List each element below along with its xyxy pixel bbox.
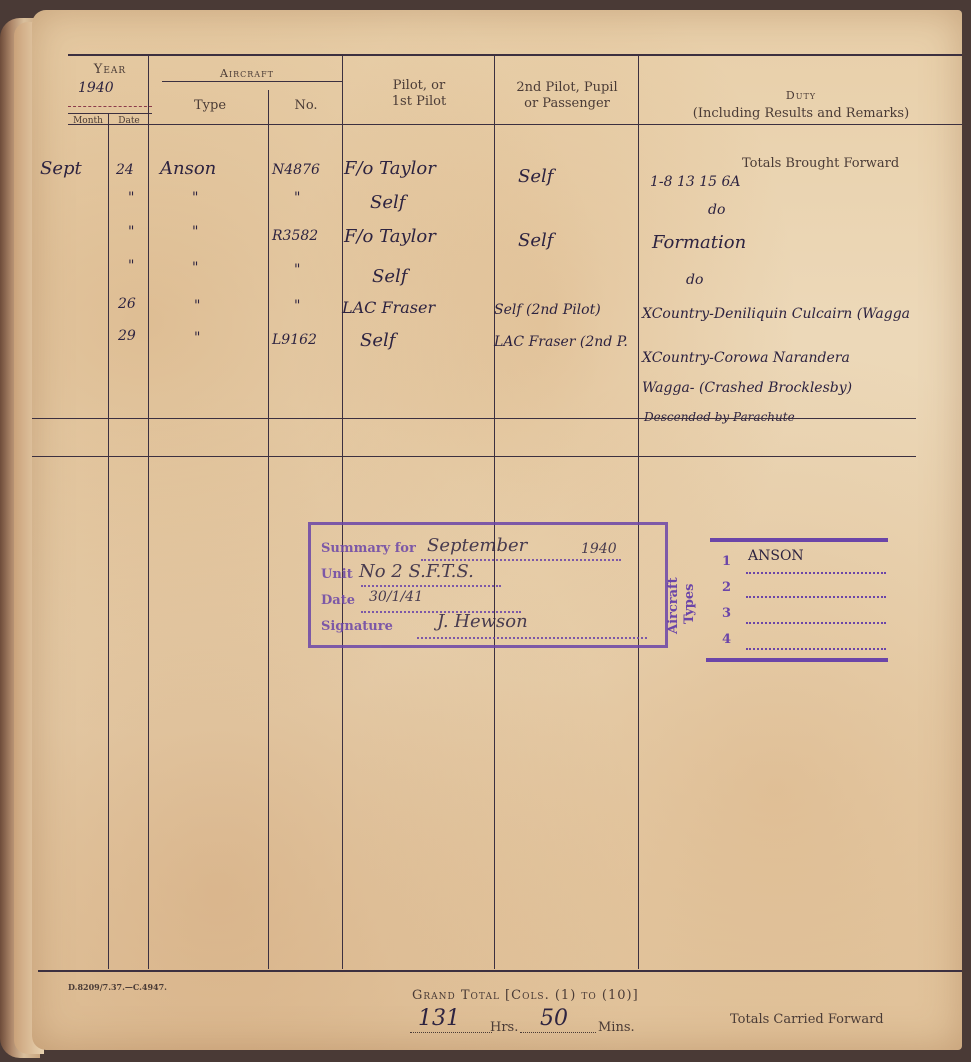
- type-row-line: [746, 622, 886, 624]
- grand-total-hours: 131: [418, 1006, 460, 1031]
- entry-date: 24: [116, 162, 134, 178]
- stamp-top-bar: [710, 538, 888, 542]
- entry-no: L9162: [272, 332, 317, 348]
- entry-duty: XCountry-Corowa Narandera: [642, 350, 850, 366]
- entries-second-rule: [32, 456, 916, 457]
- entry-second: LAC Fraser (2nd P.: [494, 334, 628, 350]
- summary-month: September: [427, 535, 527, 556]
- entries-end-rule: [32, 418, 916, 419]
- entry-pilot: Self: [372, 266, 407, 287]
- date-label: Date: [321, 593, 355, 608]
- logbook-page: Year 1940 Month Date Aircraft Type No. P…: [32, 10, 962, 1050]
- entry-no: R3582: [272, 228, 318, 244]
- entry-pilot: LAC Fraser: [342, 298, 435, 317]
- entry-pilot: F/o Taylor: [344, 158, 436, 179]
- header-bottom-rule: [68, 124, 962, 125]
- type-row-line: [746, 648, 886, 650]
- col-line-second: [638, 54, 639, 969]
- type-row-num: 4: [722, 632, 731, 647]
- entry-month: Sept: [40, 158, 82, 179]
- type-row-line: [746, 572, 886, 574]
- entry-second: Self: [518, 166, 553, 187]
- entry-type: ": [194, 330, 200, 346]
- signature-label: Signature: [321, 619, 393, 634]
- year-dash-rule: [68, 106, 152, 108]
- type-row-num: 2: [722, 580, 731, 595]
- summary-stamp: Summary for September 1940 Unit No 2 S.F…: [308, 522, 668, 648]
- col-line-no: [342, 54, 343, 969]
- type-row-num: 3: [722, 606, 731, 621]
- aircraft-types-stamp: Aircraft Types 1 ANSON 2 3 4: [662, 530, 902, 670]
- hours-label: Hrs.: [490, 1020, 518, 1035]
- entry-duty: XCountry-Deniliquin Culcairn (Wagga: [642, 306, 910, 322]
- entry-duty: Wagga- (Crashed Brocklesby): [642, 380, 852, 396]
- entry-pilot: F/o Taylor: [344, 226, 436, 247]
- entry-second: Self: [518, 230, 553, 251]
- print-code: D.8209/7.37.—C.4947.: [68, 982, 167, 992]
- header-top-rule: [68, 54, 962, 56]
- entry-no: ": [294, 262, 300, 278]
- entry-no: ": [294, 298, 300, 314]
- totals-carried-forward-label: Totals Carried Forward: [730, 1012, 884, 1027]
- entry-pilot: Self: [370, 192, 405, 213]
- entry-date: 29: [118, 328, 136, 344]
- second-pilot-label-2: or Passenger: [496, 96, 638, 112]
- signature-value: J. Hewson: [437, 611, 528, 632]
- hours-dots: [410, 1032, 492, 1033]
- entry-type: Anson: [160, 158, 216, 179]
- col-line-pilot: [494, 54, 495, 969]
- pilot-label-1: Pilot, or: [344, 78, 494, 94]
- entry-date: 26: [118, 296, 136, 312]
- mins-label: Mins.: [598, 1020, 635, 1035]
- entry-duty: Formation: [652, 232, 746, 253]
- entry-pilot: Self: [360, 330, 395, 351]
- stamp-bottom-bar: [706, 658, 888, 662]
- entry-date: ": [128, 224, 134, 240]
- entry-second: Self (2nd Pilot): [494, 302, 601, 318]
- col-line-month: [108, 113, 109, 969]
- footer-rule: [38, 970, 962, 972]
- year-value: 1940: [78, 80, 114, 96]
- entry-no: ": [294, 190, 300, 206]
- entry-type: ": [192, 190, 198, 206]
- entry-type: ": [192, 224, 198, 240]
- grand-total-label: Grand Total [Cols. (1) to (10)]: [412, 988, 639, 1003]
- entry-duty: Descended by Parachute: [644, 410, 795, 424]
- type-row-value: ANSON: [748, 548, 804, 564]
- mins-dots: [520, 1032, 596, 1033]
- col-line-date: [148, 54, 149, 969]
- entry-duty: do: [708, 202, 725, 218]
- second-pilot-label-1: 2nd Pilot, Pupil: [496, 80, 638, 96]
- entry-no: N4876: [272, 162, 320, 178]
- unit-value: No 2 S.F.T.S.: [359, 561, 474, 582]
- grand-total-mins: 50: [540, 1006, 568, 1031]
- year-label: Year: [68, 62, 152, 78]
- entry-type: ": [194, 298, 200, 314]
- pilot-label-2: 1st Pilot: [344, 94, 494, 110]
- aircraft-types-label: Aircraft Types: [662, 550, 702, 640]
- type-label: Type: [152, 98, 268, 114]
- duty-sublabel: (Including Results and Remarks): [640, 106, 962, 122]
- date-label: Date: [110, 113, 148, 129]
- month-label: Month: [68, 113, 108, 129]
- entry-date: ": [128, 258, 134, 274]
- type-row-num: 1: [722, 554, 731, 569]
- aircraft-label: Aircraft: [152, 66, 342, 82]
- totals-brought-forward-value: 1-8 13 15 6A: [650, 174, 741, 190]
- duty-label: Duty: [640, 88, 962, 104]
- summary-year: 1940: [581, 541, 617, 557]
- entry-type: ": [192, 260, 198, 276]
- totals-brought-forward-label: Totals Brought Forward: [742, 156, 899, 171]
- unit-dots: [361, 585, 501, 587]
- entry-date: ": [128, 190, 134, 206]
- summary-label: Summary for: [321, 541, 416, 556]
- signature-dots: [417, 637, 647, 639]
- col-line-type: [268, 90, 269, 969]
- type-row-line: [746, 596, 886, 598]
- no-label: No.: [270, 98, 342, 114]
- unit-label: Unit: [321, 567, 353, 582]
- date-value: 30/1/41: [369, 589, 423, 605]
- entry-duty: do: [686, 272, 703, 288]
